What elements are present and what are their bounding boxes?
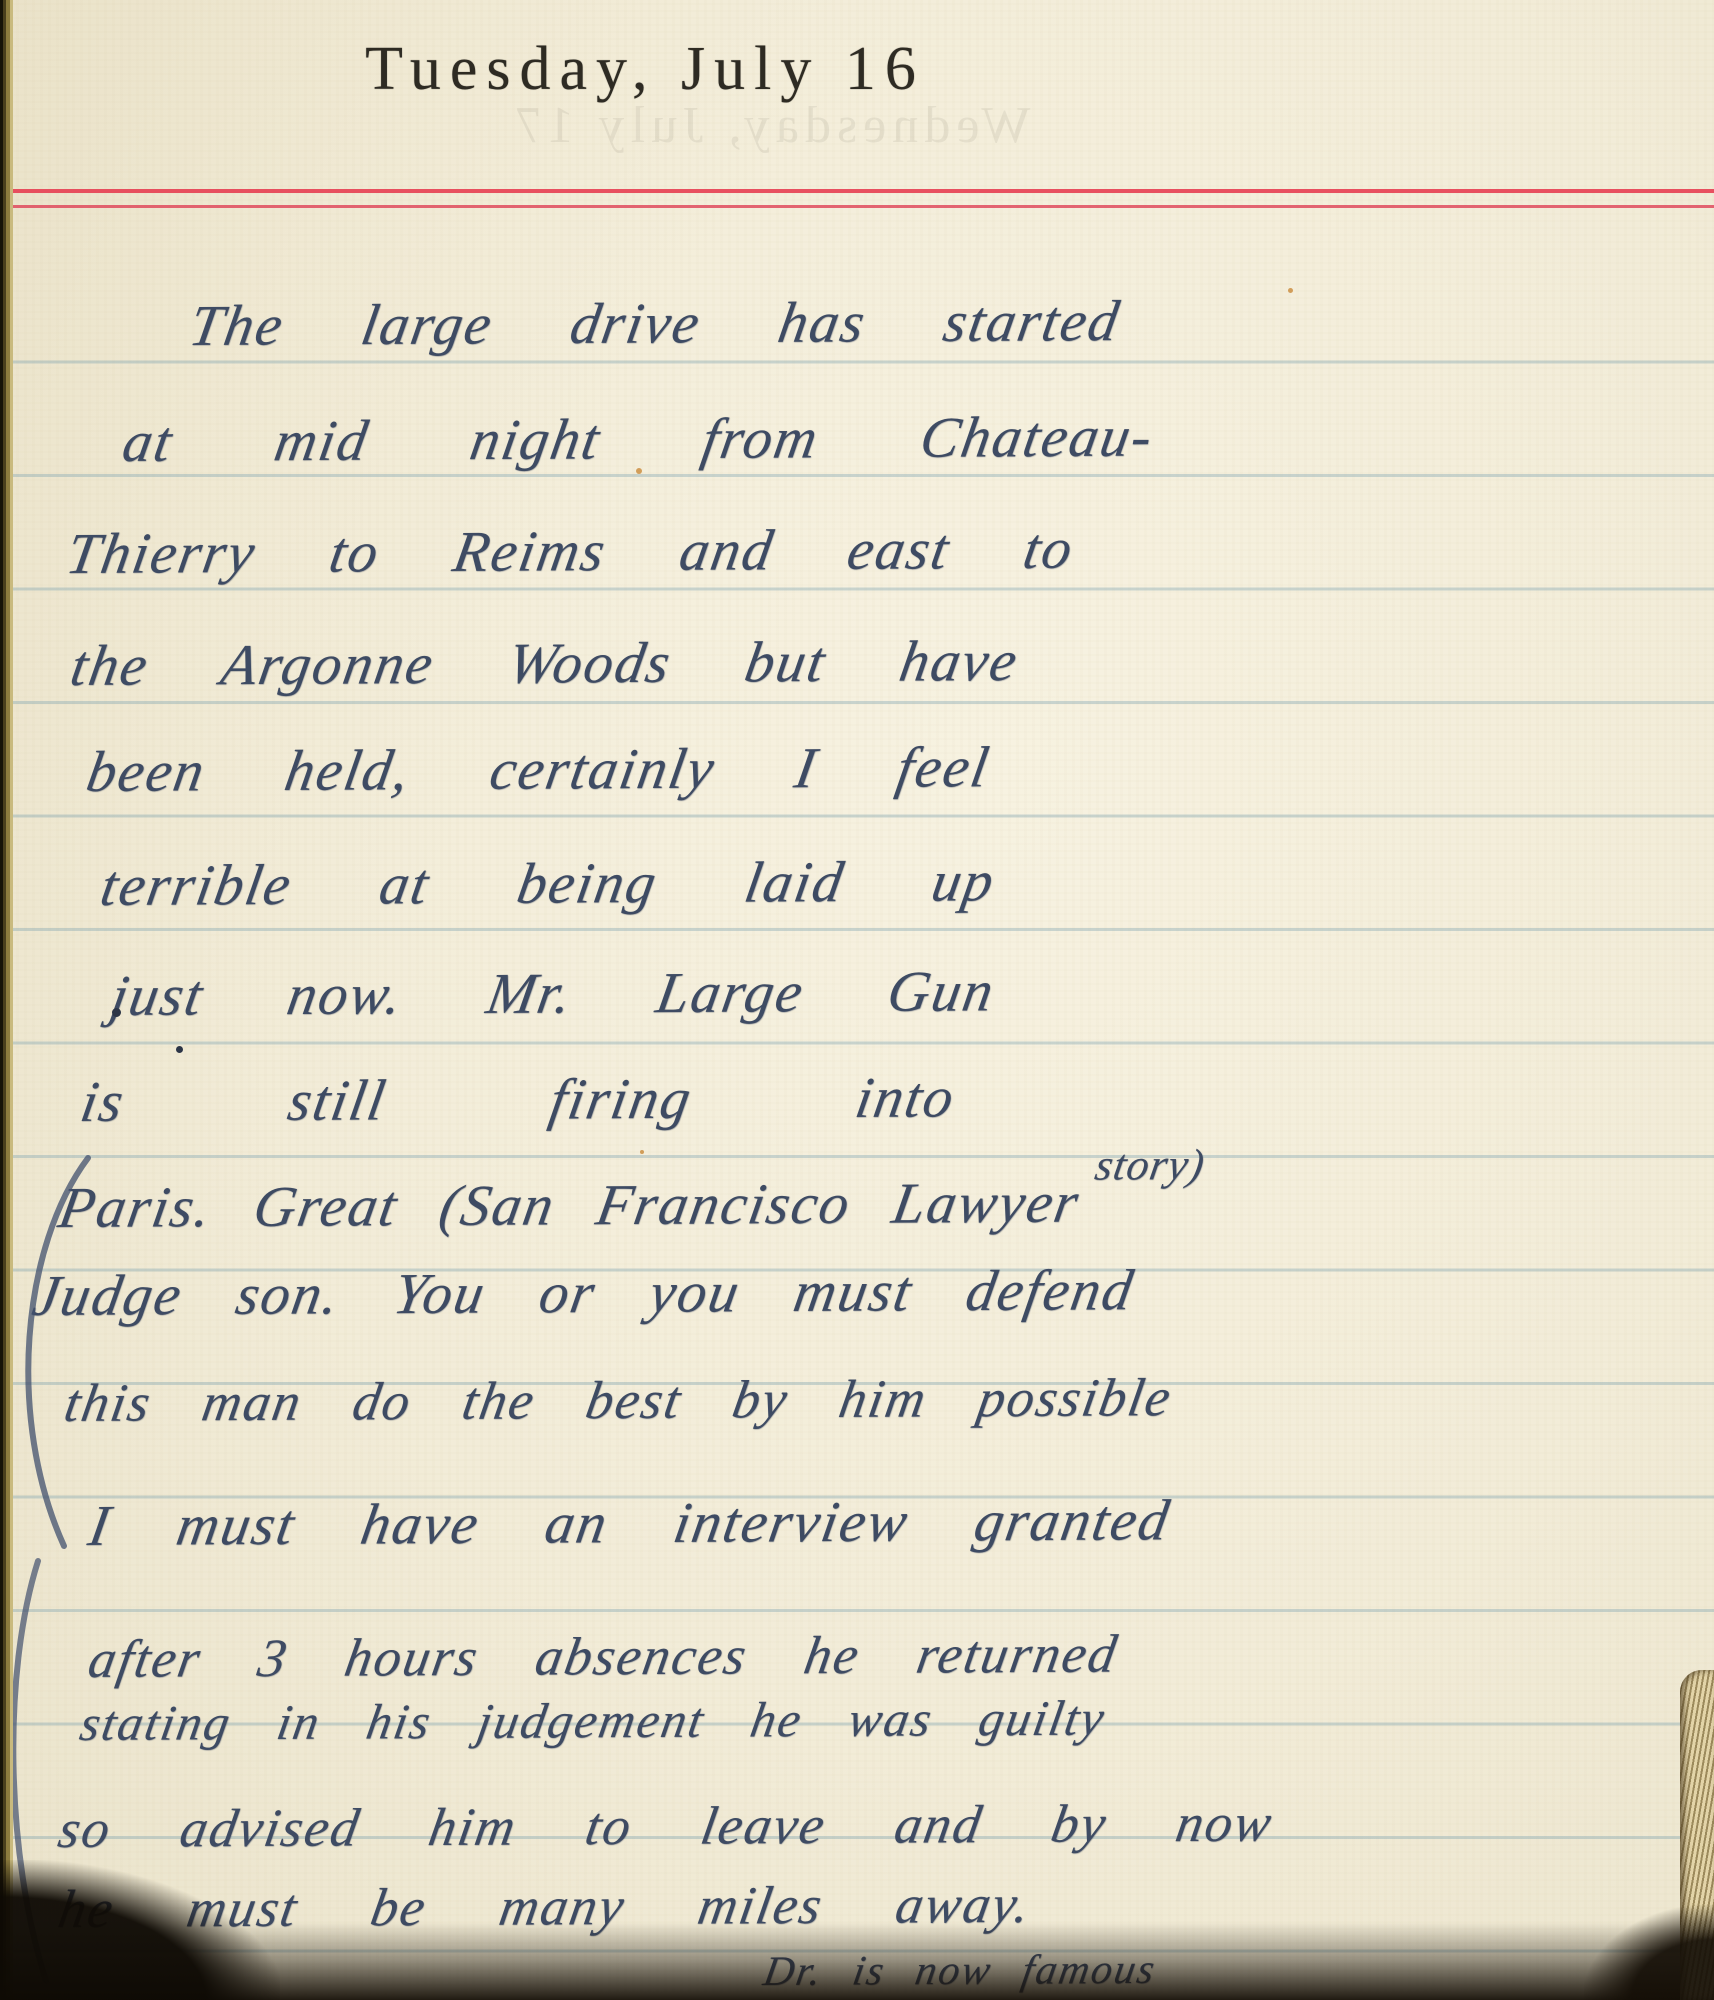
red-header-rule-top — [10, 189, 1714, 193]
entry-line: is still firing into — [76, 1063, 961, 1135]
paper-speck — [1288, 288, 1293, 293]
entry-line: just now. Mr. Large Gun — [106, 957, 1000, 1029]
entry-line: Judge son. You or you must defend — [28, 1256, 1139, 1329]
entry-line: this man do the best by him possible — [60, 1366, 1177, 1434]
entry-line: after 3 hours absences he returned — [84, 1623, 1123, 1690]
diary-page-photo: Wednesday, July 17 Tuesday, July 16 The … — [0, 0, 1714, 2000]
entry-line: The large drive has started — [185, 287, 1125, 359]
entry-line: I must have an interview granted — [84, 1486, 1176, 1559]
bottom-left-corner-shadow — [0, 1860, 280, 2000]
entry-line: Paris. Great (San Francisco Lawyerstory) — [54, 1168, 1204, 1241]
entry-line: terrible at being laid up — [96, 847, 1000, 919]
entry-line: at mid night from Chateau- — [118, 403, 1159, 475]
red-header-rule-bottom — [10, 205, 1714, 208]
entry-line: been held, certainly I feel — [82, 733, 995, 805]
entry-line: so advised him to leave and by now — [54, 1792, 1278, 1860]
bottom-right-corner-shadow — [1584, 1905, 1714, 2000]
entry-line: the Argonne Woods but have — [66, 627, 1024, 699]
ink-spot — [176, 1046, 183, 1053]
ink-spot — [112, 1008, 121, 1017]
entry-line: Thierry to Reims and east to — [62, 515, 1079, 587]
entry-line-text: Paris. Great (San Francisco Lawyer — [54, 1170, 1085, 1240]
inserted-word: story) — [1092, 1140, 1209, 1190]
entry-line: stating in his judgement he was guilty — [76, 1689, 1110, 1752]
paper-speck — [636, 468, 642, 474]
page-title-date: Tuesday, July 16 — [0, 34, 1290, 105]
paper-speck — [640, 1150, 644, 1154]
book-binding-edge — [0, 0, 13, 2000]
